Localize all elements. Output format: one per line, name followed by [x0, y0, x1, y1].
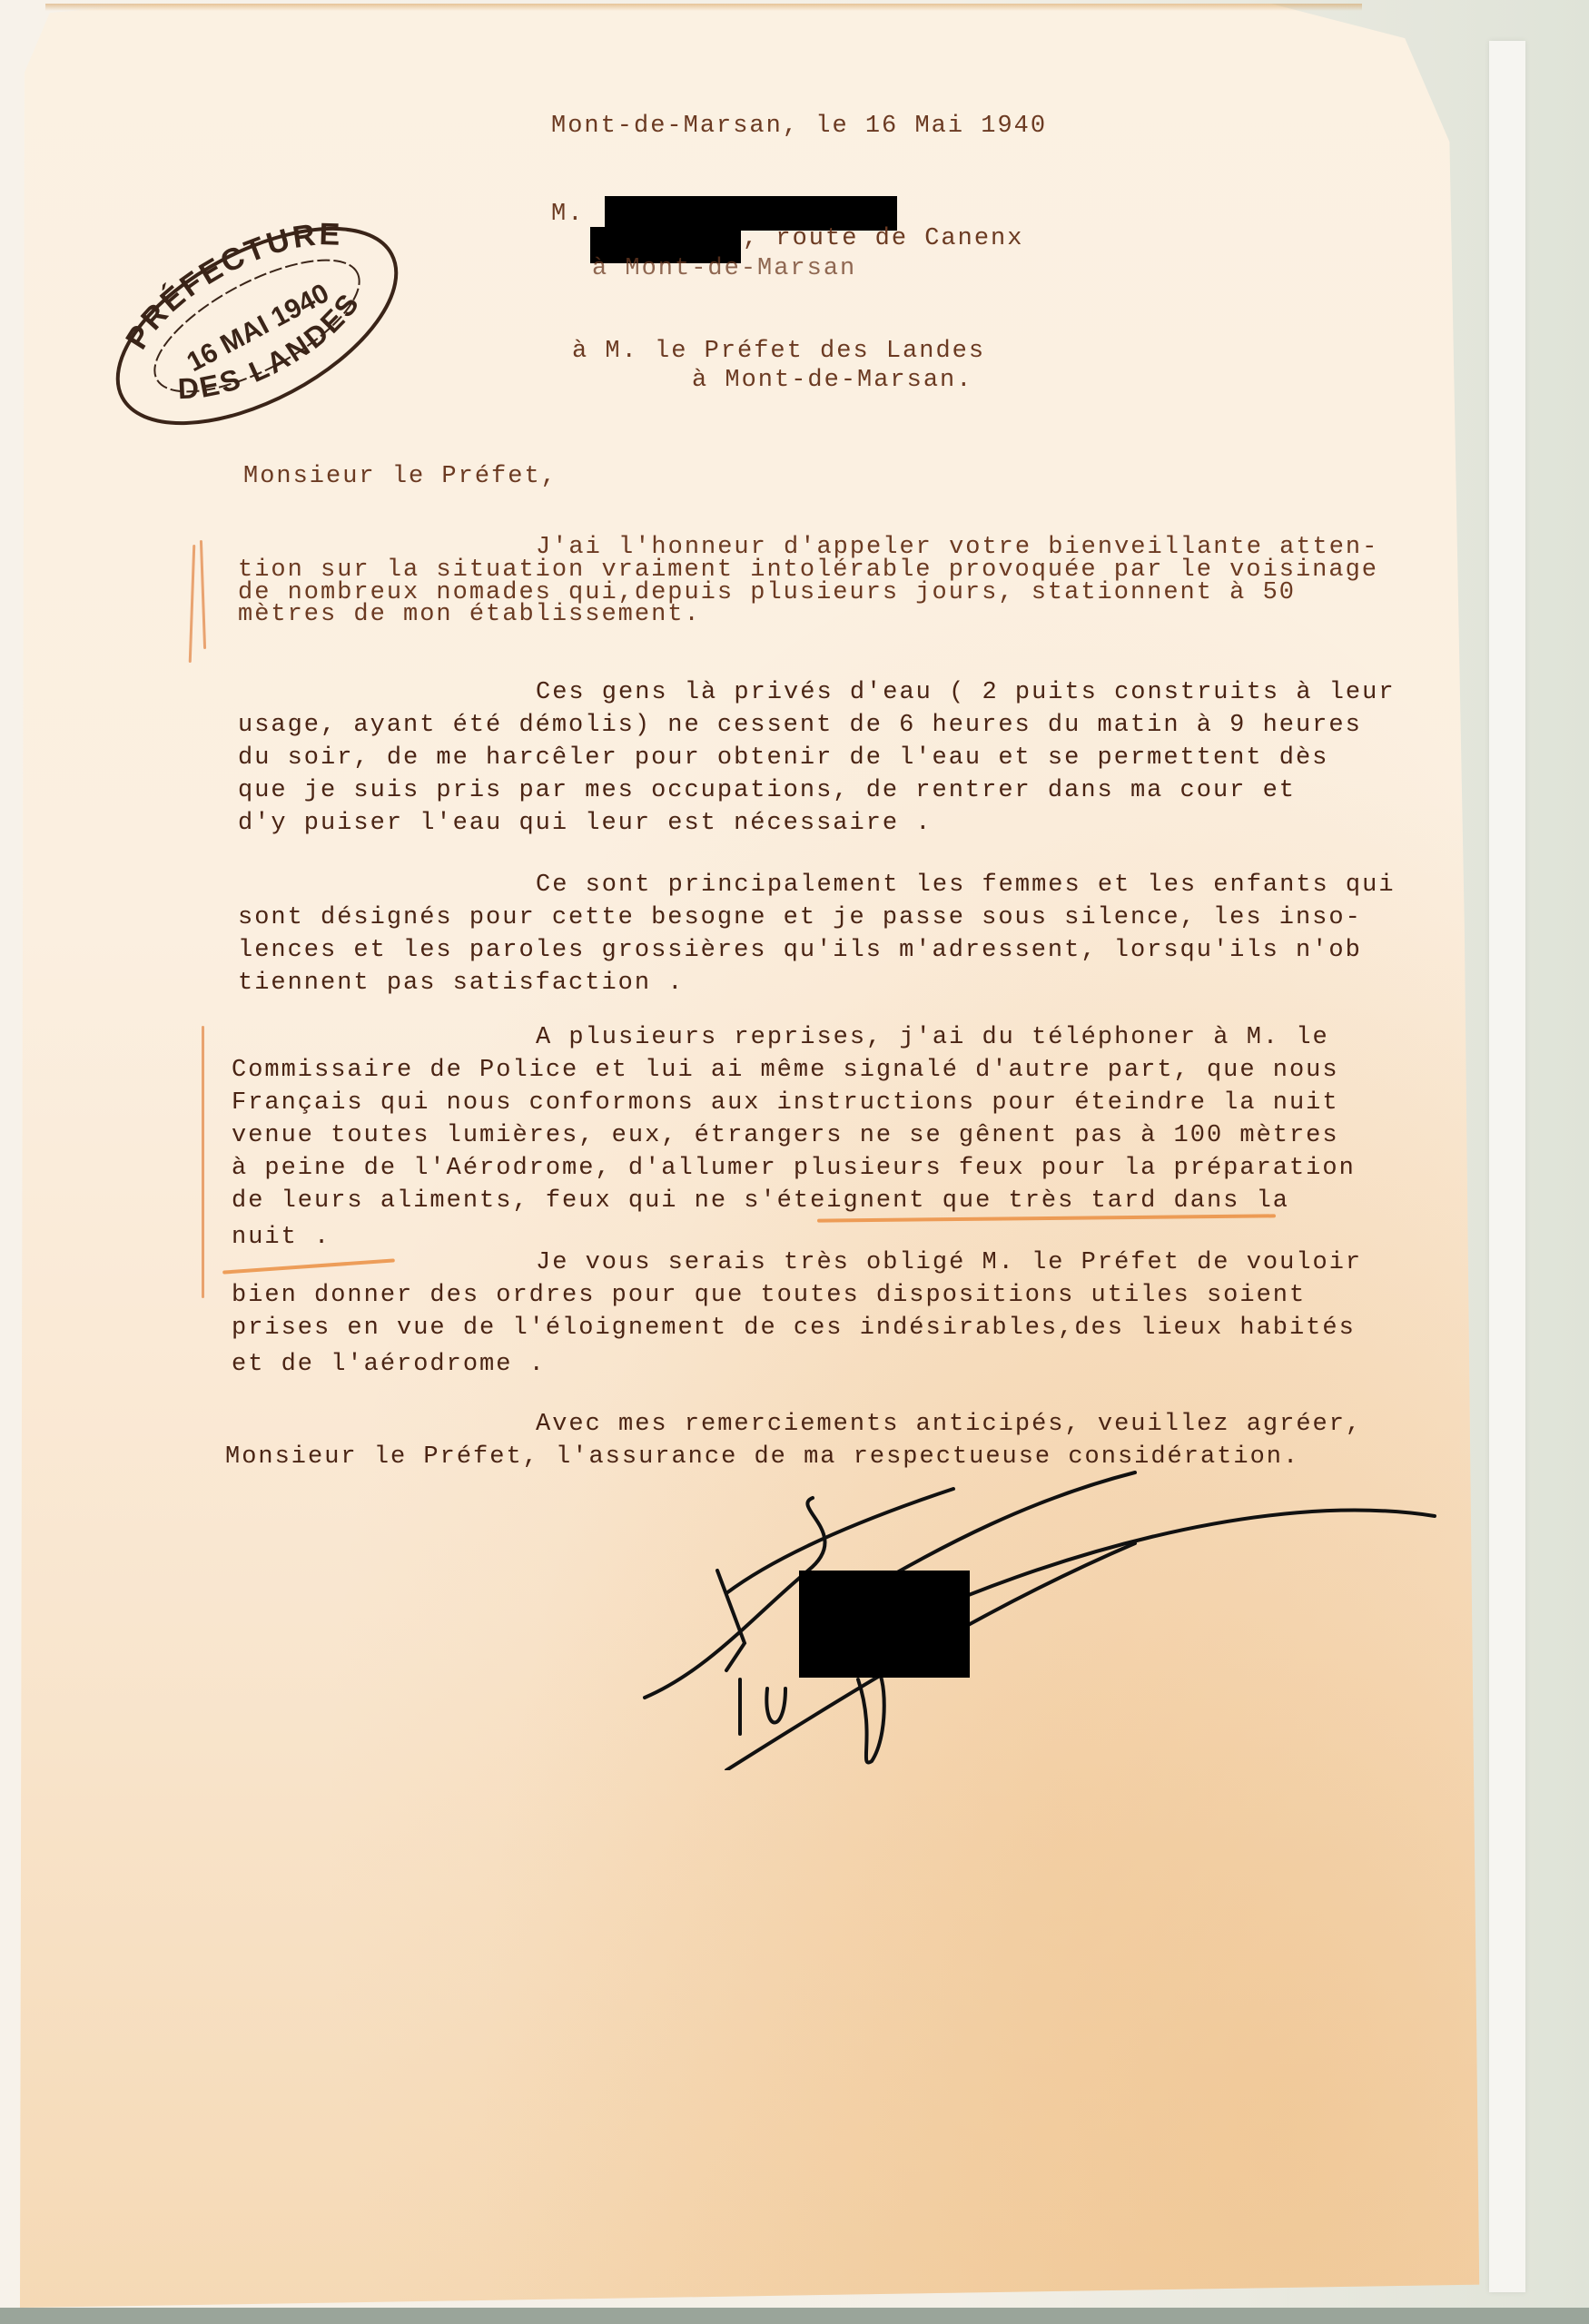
salutation: Monsieur le Préfet, [243, 465, 558, 489]
place-date: Mont-de-Marsan, le 16 Mai 1940 [551, 114, 1047, 139]
redaction-signature [799, 1571, 970, 1678]
closing-line-1: Avec mes remerciements anticipés, veuill… [536, 1413, 1362, 1437]
p5-line-3: prises en vue de l'éloignement de ces in… [232, 1316, 1356, 1341]
p5-line-4: et de l'aérodrome . [232, 1353, 546, 1377]
p4-line-2: Commissaire de Police et lui ai même sig… [232, 1059, 1339, 1083]
p4-line-1: A plusieurs reprises, j'ai du téléphoner… [536, 1026, 1329, 1050]
p3-line-4: tiennent pas satisfaction . [238, 971, 684, 996]
underlying-sheet [1489, 41, 1525, 2292]
margin-mark-3 [202, 1026, 204, 1298]
p2-line-1: Ces gens là privés d'eau ( 2 puits const… [536, 681, 1396, 705]
p5-line-2: bien donner des ordres pour que toutes d… [232, 1284, 1306, 1308]
recipient-line-1: à M. le Préfet des Landes [572, 340, 985, 364]
p2-line-2: usage, ayant été démolis) ne cessent de … [238, 714, 1362, 738]
p4-line-3: Français qui nous conformons aux instruc… [232, 1091, 1339, 1116]
p2-line-4: que je suis pris par mes occupations, de… [238, 779, 1296, 803]
p3-line-2: sont désignés pour cette besogne et je p… [238, 906, 1362, 931]
p3-line-3: lences et les paroles grossières qu'ils … [238, 939, 1362, 963]
sender-city: à Mont-de-Marsan [592, 257, 856, 281]
p4-line-6: de leurs aliments, feux qui ne s'éteigne… [232, 1189, 1289, 1214]
paper-stain [45, 4, 1362, 11]
p5-line-1: Je vous serais très obligé M. le Préfet … [536, 1251, 1362, 1275]
prefecture-stamp: PRÉFECTURE DES LANDES 16 MAI 1940 [98, 222, 416, 430]
table-surface [0, 2308, 1589, 2324]
recipient-line-2: à Mont-de-Marsan. [692, 369, 972, 393]
p3-line-1: Ce sont principalement les femmes et les… [536, 873, 1396, 898]
p1-line-4: mètres de mon établissement. [238, 603, 701, 627]
p4-line-7: nuit . [232, 1226, 331, 1250]
p2-line-3: du soir, de me harcêler pour obtenir de … [238, 746, 1328, 771]
sender-prefix: M. [551, 202, 584, 227]
p4-line-4: venue toutes lumières, eux, étrangers ne… [232, 1124, 1339, 1148]
signature [627, 1462, 1444, 1770]
p2-line-5: d'y puiser l'eau qui leur est nécessaire… [238, 812, 933, 836]
sender-address: , route de Canenx [743, 227, 1023, 251]
p4-line-5: à peine de l'Aérodrome, d'allumer plusie… [232, 1157, 1356, 1181]
